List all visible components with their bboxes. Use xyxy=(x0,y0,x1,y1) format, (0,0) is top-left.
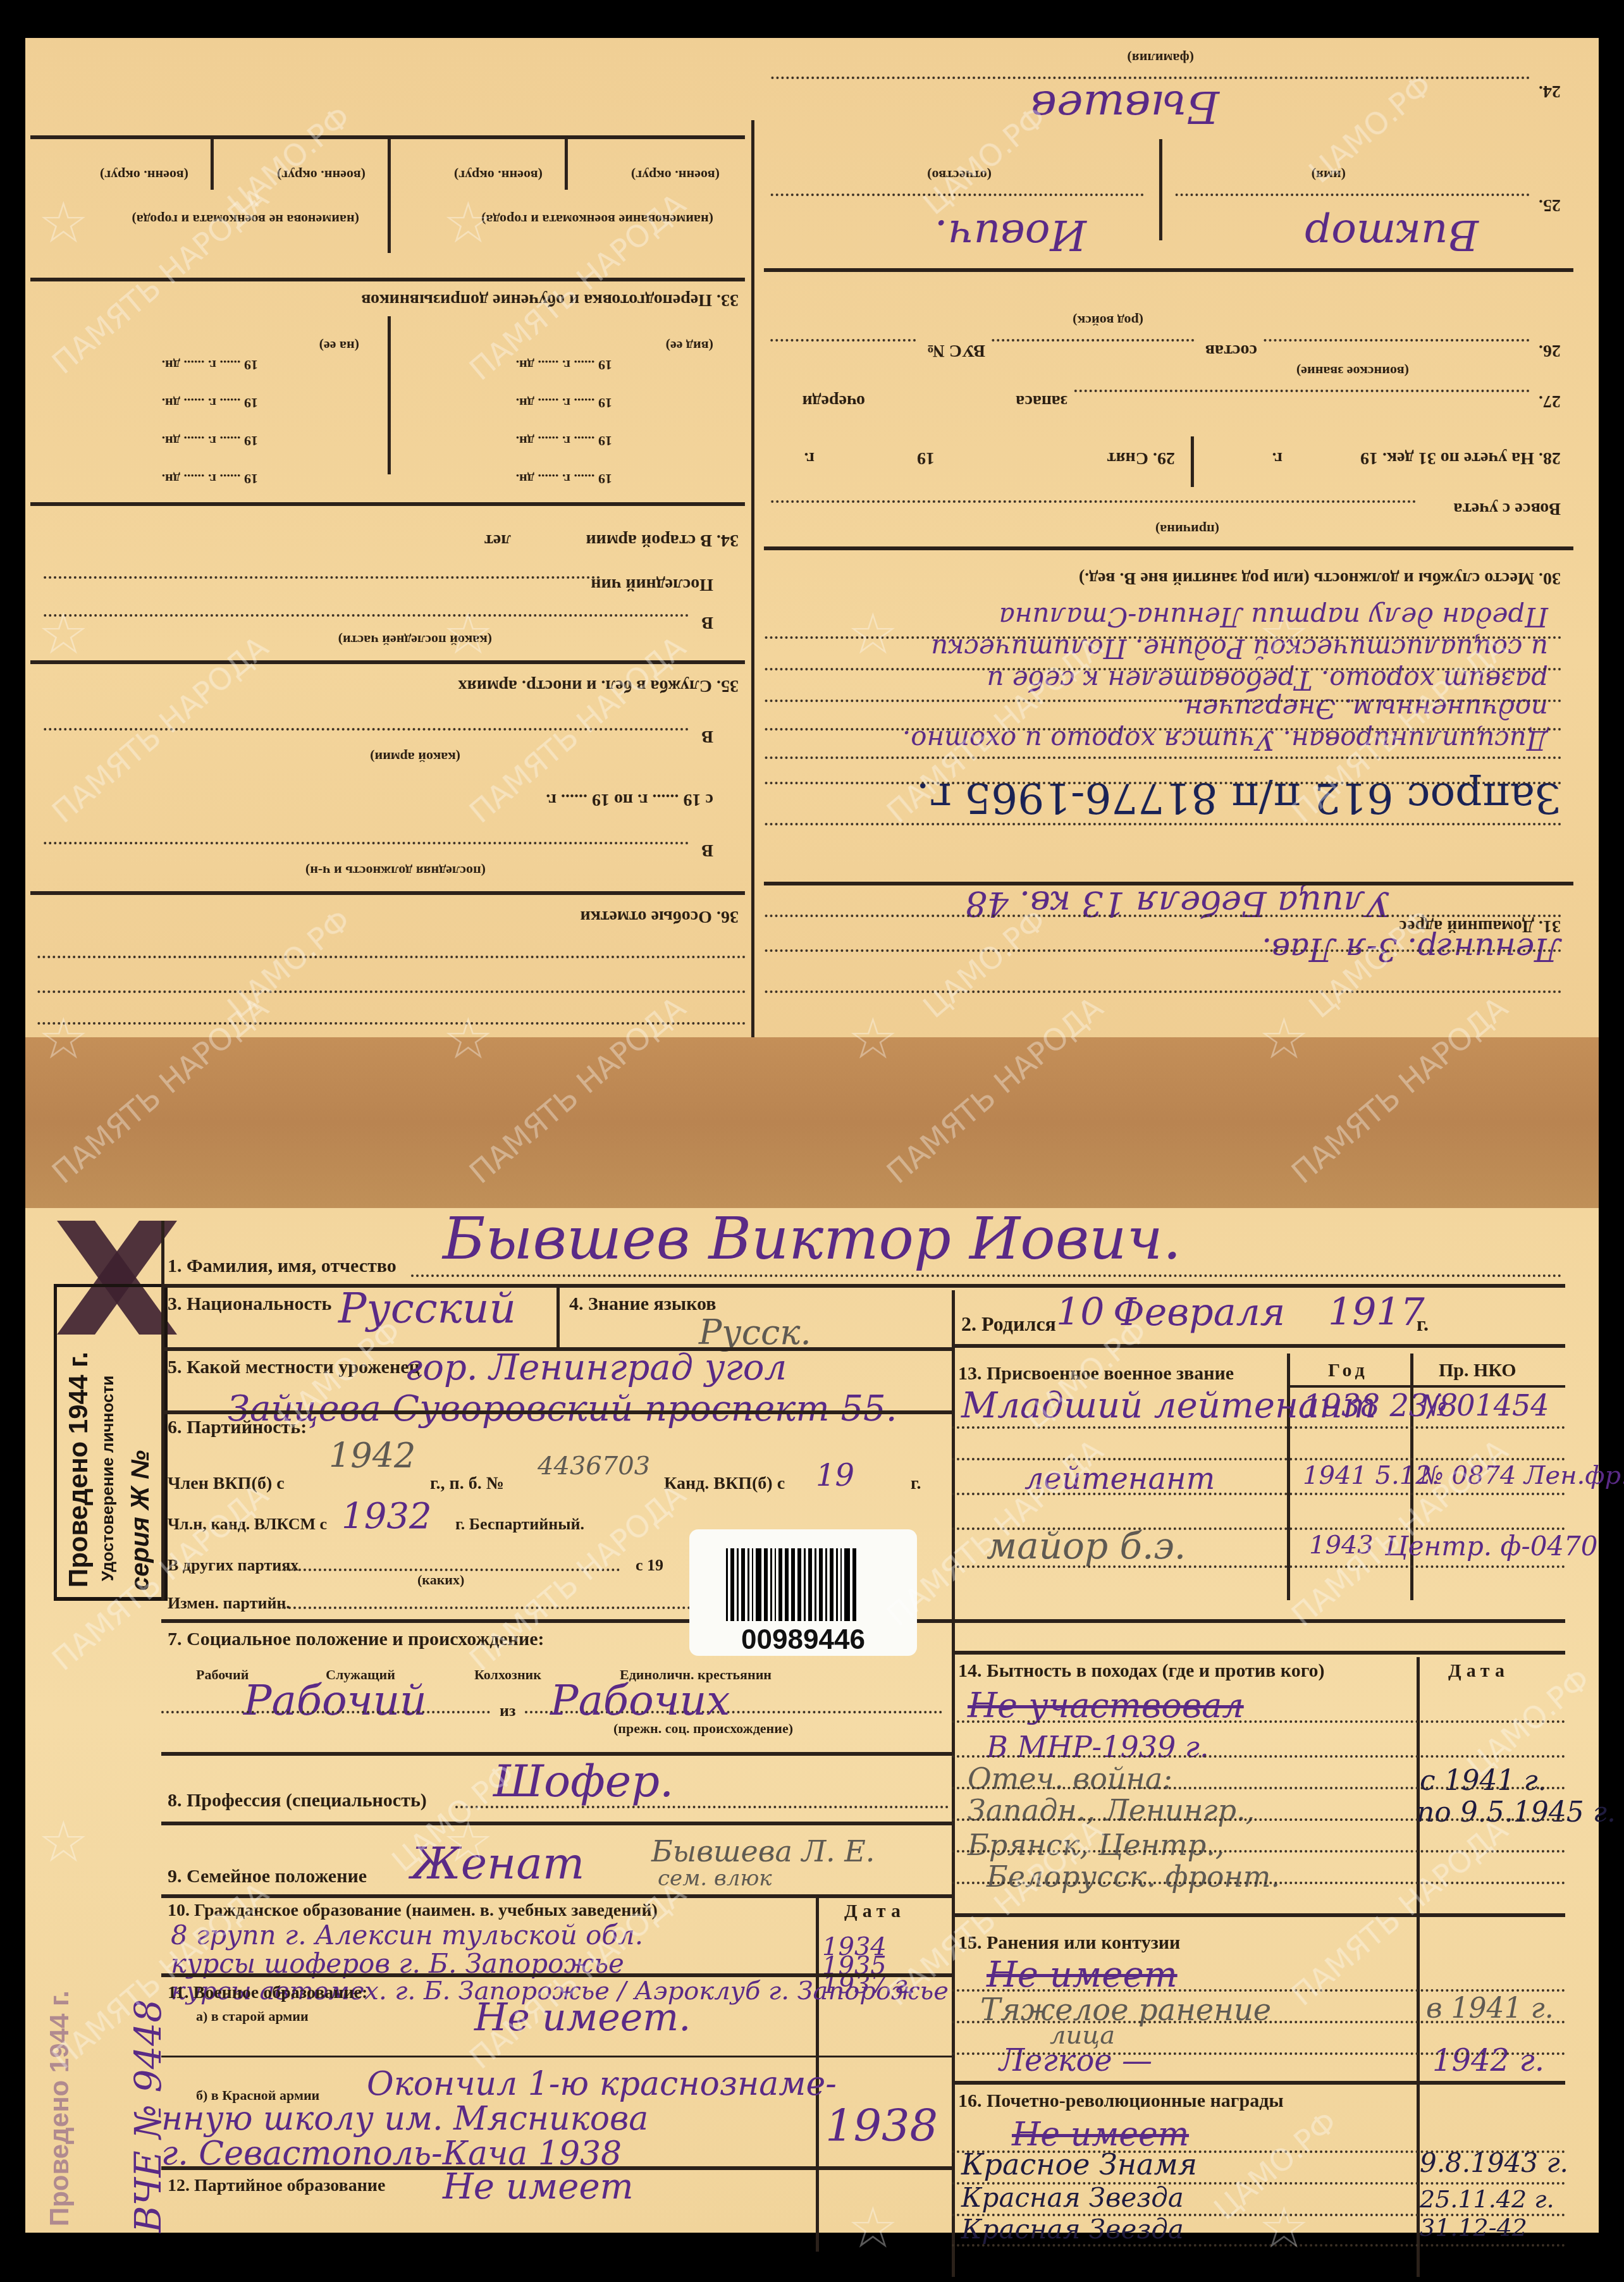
f33-row-1b: 19 ...... г. ...... дн. xyxy=(162,357,258,373)
side-note-line-1: Проведено 1944 г. xyxy=(44,1990,75,2226)
f24-line xyxy=(770,77,1529,79)
f16-label: 16. Почетно-революционные награды xyxy=(958,2090,1284,2112)
f6-label: 6. Партийность: xyxy=(168,1417,307,1438)
f34-unit-prefix: В xyxy=(701,612,713,632)
f10-entry-1: 8 групп г. Алексин тульской обл. xyxy=(171,1920,643,1951)
card-top-half: 24. Бывшев (фамилия) 25. Виктор (имя) Ио… xyxy=(25,38,1599,1075)
f14-entry-2: Отеч. война: xyxy=(968,1761,1172,1796)
f29-label: 29. Снят xyxy=(1107,448,1175,468)
f9-note-1: Бывшева Л. Е. xyxy=(651,1834,875,1868)
f14-entry-1: В МНР-1939 г. xyxy=(987,1730,1209,1764)
f6-member-label: Член ВКП(б) с xyxy=(168,1474,285,1494)
f26-vus: ВУС № xyxy=(927,340,985,361)
f36-label: 36. Особые отметки xyxy=(581,906,739,927)
f6-year-suffix: г. xyxy=(911,1474,921,1494)
f13-order-1: № 01454 xyxy=(1420,1388,1549,1422)
f7-origin-hint: (прежн. соц. происхождение) xyxy=(613,1720,793,1737)
f6-card-label: г., п. б. № xyxy=(430,1474,504,1494)
f7-option-worker: Рабочий xyxy=(196,1667,249,1683)
f33-hint-left: (вид ее) xyxy=(666,338,713,354)
f7-origin: Рабочих xyxy=(550,1676,730,1725)
f13-rank-2: лейтенант xyxy=(1024,1461,1215,1496)
f12-label: 12. Партийное образование xyxy=(168,2176,385,2196)
f7-option-collective-farmer: Колхозник xyxy=(474,1667,541,1683)
f2-label: 2. Родился xyxy=(961,1312,1056,1336)
f34-last-rank: Последний чин xyxy=(591,574,713,595)
f31-line-2: Улица Бебеля 13 кв. 48 xyxy=(965,884,1390,923)
f4-label: 4. Знание языков xyxy=(569,1293,717,1315)
stamp-line-3: серия Ж № xyxy=(126,1450,155,1591)
f34-label: 34. В старой армии xyxy=(586,530,739,550)
f10-label: 10. Гражданское образование (наимен. в. … xyxy=(168,1901,658,1921)
f6-other-hint: (каких) xyxy=(417,1572,464,1588)
f25-name-value: Виктор xyxy=(1305,211,1479,259)
f6-card-number: 4436703 xyxy=(538,1452,650,1481)
f4-value: Русск. xyxy=(699,1312,811,1352)
f24-label: 24. xyxy=(1539,81,1561,101)
f9-label: 9. Семейное положение xyxy=(168,1866,367,1887)
f34-suffix: лет xyxy=(484,530,511,550)
f5-label: 5. Какой местности уроженец xyxy=(168,1357,420,1378)
brown-tape-strip xyxy=(25,1037,1599,1208)
f25-name-line xyxy=(1175,194,1529,196)
f30-line-4: подчиненным. Энергичен. xyxy=(1176,693,1548,724)
f29-year: 19 xyxy=(917,448,935,468)
f13-order-3: Центр. ф-0470 xyxy=(1385,1531,1598,1562)
f27-label: 27. xyxy=(1539,391,1561,411)
f6-komsomol-label: Чл.н, канд. ВЛКСМ с xyxy=(168,1515,327,1534)
f25-patronymic-line xyxy=(770,194,1143,196)
f6-candidate-label: Канд. ВКП(б) с xyxy=(664,1474,785,1494)
f25-label: 25. xyxy=(1539,195,1561,215)
f24-hint: (фамилия) xyxy=(1128,50,1194,66)
f25-patronymic-hint: (отчество) xyxy=(927,167,992,183)
f7-label: 7. Социальное положение и происхождение: xyxy=(168,1629,544,1650)
f11-red-army-1: Окончил 1-ю краснознаме- xyxy=(367,2065,837,2103)
f33-district-hint-2: (военн. округ) xyxy=(454,167,543,183)
f33-district-hint-1: (военн. округ) xyxy=(631,167,720,183)
f33-district-hint-4: (военн. округ) xyxy=(100,167,188,183)
f14-struck: Не участвовал xyxy=(968,1686,1244,1725)
f30-line-1: Предан делу партии Ленина-Сталина xyxy=(999,601,1548,632)
f33-row-3a: 19 ...... г. ...... дн. xyxy=(516,433,612,449)
f35-post-hint: (последняя должность и ч-н) xyxy=(305,863,486,879)
f30-label: 30. Место службы и должность (или род за… xyxy=(1079,568,1561,588)
stamp-line-2: Удостоверение личности xyxy=(98,1376,118,1581)
barcode-number: 00989446 xyxy=(689,1624,917,1656)
f25-name-hint: (имя) xyxy=(1312,167,1346,183)
f33-commissariat-hint-right: (наименование военкомата и города) xyxy=(481,211,713,228)
f7-from: из xyxy=(500,1701,515,1720)
f33-row-3b: 19 ...... г. ...... дн. xyxy=(162,433,258,449)
f3-value: Русский xyxy=(338,1284,516,1333)
stamp-line-1: Проведено 1944 г. xyxy=(63,1352,94,1588)
f3-label: 3. Национальность xyxy=(168,1293,331,1315)
f14-entry-3: Западн., Ленингр., xyxy=(968,1793,1255,1827)
f9-note-2: сем. влюк xyxy=(658,1866,772,1891)
f6-change-label: Измен. партийн. xyxy=(168,1594,290,1613)
f11-old-army-value: Не имеет. xyxy=(474,1995,691,2040)
f33-row-4b: 19 ...... г. ...... дн. xyxy=(162,471,258,487)
f2-day: 10 xyxy=(1056,1290,1104,1335)
barcode-icon xyxy=(726,1548,878,1621)
f33-row-1a: 19 ...... г. ...... дн. xyxy=(516,357,612,373)
archive-barcode-label: 00989446 xyxy=(689,1529,917,1656)
f27-zapasa: запаса xyxy=(1016,391,1067,411)
f27-hint: (воинское звание) xyxy=(1296,363,1409,379)
f24-value: Бывшев xyxy=(1031,81,1219,133)
f35-army-hint: (какой армии) xyxy=(370,749,460,765)
f33-row-2a: 19 ...... г. ...... дн. xyxy=(516,395,612,411)
f15-label: 15. Ранения или контузии xyxy=(958,1932,1180,1954)
f35-label: 35. Служба в бел. и иностр. армиях xyxy=(458,675,739,696)
f15-date-3: 1942 г. xyxy=(1432,2043,1544,2078)
f6-komsomol-suffix: г. Беспартийный. xyxy=(455,1515,584,1534)
f16-entry-2: Красная Звезда xyxy=(961,2182,1184,2213)
vybyl-label: Вовсе с учета xyxy=(1454,498,1561,519)
f30-request-stamp: Запрос 612 п/п 81776-1965 г. xyxy=(916,774,1561,822)
f14-date-header: Дата xyxy=(1448,1660,1510,1682)
f35-period: с 19 ...... г. по 19 ...... г. xyxy=(546,789,713,810)
f16-date-3: 31.12-42 xyxy=(1420,2214,1527,2242)
f2-year: 1917 xyxy=(1328,1290,1425,1335)
f2-suffix: г. xyxy=(1417,1312,1429,1336)
f15-entry-3: Легкое — xyxy=(999,2043,1152,2078)
f15-date-1: в 1941 г. xyxy=(1426,1992,1554,2025)
f14-entry-4: Брянск, Центр., xyxy=(968,1828,1224,1862)
f1-label: 1. Фамилия, имя, отчество xyxy=(168,1255,397,1277)
f14-entry-5: Белорусск. фронт. xyxy=(987,1860,1280,1894)
vybyl-hint: (причина) xyxy=(1155,521,1219,538)
f13-col-year: Год xyxy=(1328,1360,1369,1381)
f8-label: 8. Профессия (специальность) xyxy=(168,1790,427,1811)
f33-hint-right: (на ее) xyxy=(319,338,359,354)
f8-value: Шофер. xyxy=(493,1755,674,1807)
f13-rank-3: майор б.э. xyxy=(987,1524,1186,1567)
f28-suffix: г. xyxy=(1272,448,1283,468)
f33-row-2b: 19 ...... г. ...... дн. xyxy=(162,395,258,411)
f33-district-hint-3: (военн. округ) xyxy=(277,167,366,183)
f29-suffix: г. xyxy=(804,448,815,468)
f33-commissariat-hint-left: (наименова не военкомата и города) xyxy=(132,211,359,228)
f35-post-prefix: В xyxy=(701,840,713,860)
f5-value-1: гор. Ленинград угол xyxy=(405,1347,787,1388)
f35-army-prefix: В xyxy=(701,726,713,746)
f26-sostav: состав xyxy=(1205,340,1257,361)
f6-komsomol-year: 1932 xyxy=(341,1496,432,1537)
f2-month: Февраля xyxy=(1113,1290,1285,1335)
f16-date-2: 25.11.42 г. xyxy=(1420,2185,1554,2213)
f26-hint: (род войск) xyxy=(1073,312,1143,329)
f11-red-army-2: нную школу им. Мясникова xyxy=(161,2100,648,2138)
f13-year-3: 1943 xyxy=(1309,1531,1374,1560)
f25-patronymic-value: Иович. xyxy=(935,211,1086,259)
f34-unit-hint: (какой последней части) xyxy=(338,632,492,648)
f14-date-2: с 1941 г. xyxy=(1420,1765,1547,1797)
f12-value: Не имеет xyxy=(443,2166,634,2207)
f11-old-army-label: а) в старой армии xyxy=(196,2008,309,2025)
f9-value: Женат xyxy=(411,1837,584,1889)
f33-row-4a: 19 ...... г. ...... дн. xyxy=(516,471,612,487)
f13-label: 13. Присвоенное военное звание xyxy=(958,1363,1234,1385)
f6-candidate-year: 19 xyxy=(816,1458,854,1493)
f11-label: 11. Военное образование: xyxy=(168,1983,367,2003)
f7-value: Рабочий xyxy=(243,1676,427,1725)
f11-red-army-date: 1938 xyxy=(825,2100,938,2152)
f13-year-2: 1941 5.12. xyxy=(1303,1461,1439,1490)
f14-date-3: по 9.5.1945 г. xyxy=(1417,1796,1616,1829)
upside-down-section: 24. Бывшев (фамилия) 25. Виктор (имя) Ио… xyxy=(25,38,1599,1075)
f27-ocheredi: очереди xyxy=(803,391,865,411)
f5-value-2: Зайцева Суворовский проспект 55. xyxy=(228,1388,897,1429)
f26-label: 26. xyxy=(1539,340,1561,361)
f13-order-2: № 0874 Лен.фр. xyxy=(1420,1461,1624,1490)
f16-entry-3: Красная Звезда xyxy=(961,2214,1184,2245)
f6-other-since: с 19 xyxy=(636,1556,663,1575)
f14-label: 14. Бытность в походах (где и против ког… xyxy=(958,1660,1325,1682)
f10-date-header: Дата xyxy=(844,1901,906,1922)
f6-other-label: В других партиях xyxy=(168,1556,298,1575)
f33-label: 33. Переподготовка и обучение допризывни… xyxy=(361,290,739,310)
f28-label: 28. На учете по 31 дек. 19 xyxy=(1360,448,1561,468)
f6-member-year: 1942 xyxy=(329,1436,415,1476)
f13-col-order: Пр. НКО xyxy=(1439,1360,1516,1381)
f1-value: Бывшев Виктор Иович. xyxy=(443,1205,1181,1273)
